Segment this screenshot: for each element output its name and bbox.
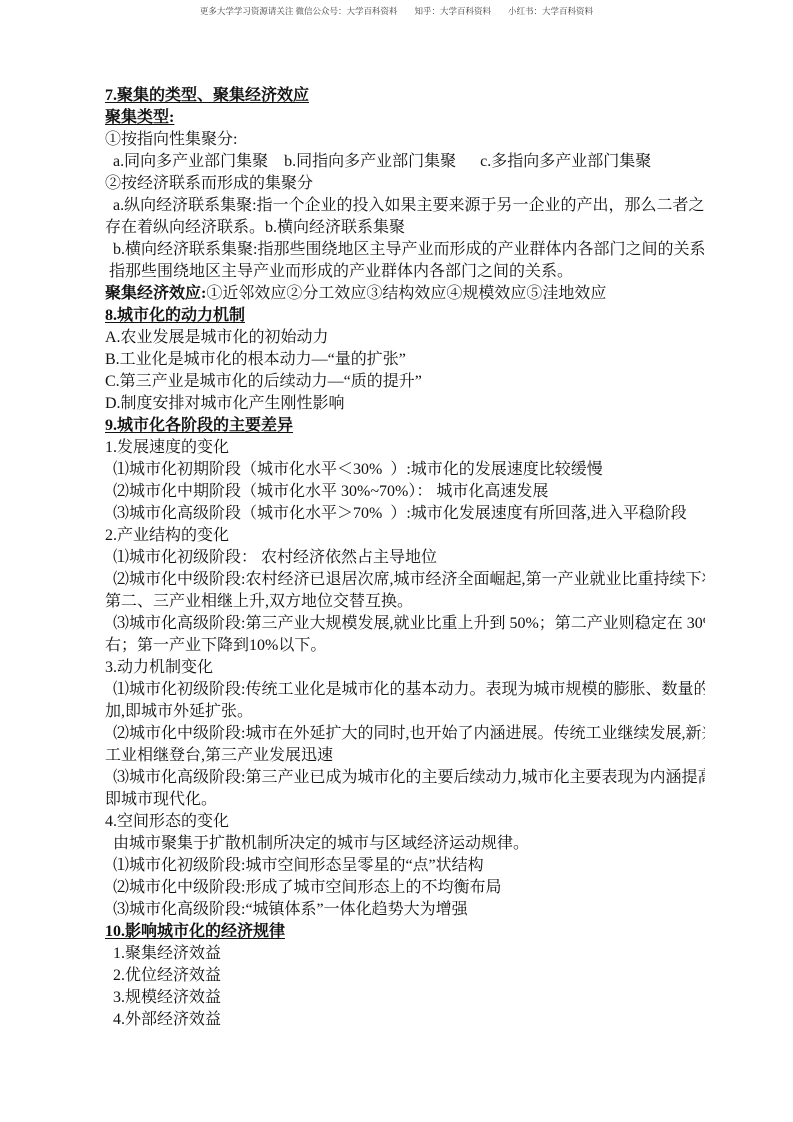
- text-line: A.农业发展是城市化的初始动力: [105, 327, 705, 349]
- text-line: 右；第一产业下降到10%以下。: [105, 635, 705, 657]
- text-line: 10.影响城市化的经济规律: [105, 921, 705, 943]
- text-line: ②按经济联系而形成的集聚分: [105, 173, 705, 195]
- heading-text: 聚集类型:: [105, 109, 174, 126]
- text-line: ⑴城市化初级阶段:传统工业化是城市化的基本动力。表现为城市规模的膨胀、数量的增: [105, 679, 705, 701]
- text-line: 1.发展速度的变化: [105, 437, 705, 459]
- body-text: ①近邻效应②分工效应③结构效应④规模效应⑤洼地效应: [206, 285, 606, 302]
- body-text: 工业相继登台,第三产业发展迅速: [105, 747, 333, 764]
- body-text: ⑶城市化高级阶段:第三产业已成为城市化的主要后续动力,城市化主要表现为内涵提高,: [105, 769, 705, 786]
- body-text: 1.聚集经济效益: [105, 945, 221, 962]
- text-line: ⑶城市化高级阶段（城市化水平＞70% ）:城市化发展速度有所回落,进入平稳阶段: [105, 503, 705, 525]
- body-text: 加,即城市外延扩张。: [105, 703, 253, 720]
- body-text: a.纵向经济联系集聚:指一个企业的投入如果主要来源于另一企业的产出，那么二者之间: [105, 197, 705, 214]
- body-text: ⑵城市化中期阶段（城市化水平 30%~70%）： 城市化高速发展: [105, 483, 548, 500]
- text-line: ⑵城市化中级阶段:形成了城市空间形态上的不均衡布局: [105, 877, 705, 899]
- text-line: ⑴城市化初期阶段（城市化水平＜30% ）:城市化的发展速度比较缓慢: [105, 459, 705, 481]
- text-line: 存在着纵向经济联系。b.横向经济联系集聚: [105, 217, 705, 239]
- text-line: ⑵城市化中级阶段:农村经济已退居次席,城市经济全面崛起,第一产业就业比重持续下将…: [105, 569, 705, 591]
- body-text: 1.发展速度的变化: [105, 439, 229, 456]
- body-text: 2.优位经济效益: [105, 967, 221, 984]
- text-line: 聚集类型:: [105, 107, 705, 129]
- body-text: 指那些围绕地区主导产业而形成的产业群体内各部门之间的关系。: [105, 263, 573, 280]
- text-line: ⑶城市化高级阶段:第三产业大规模发展,就业比重上升到 50%；第二产业则稳定在 …: [105, 613, 705, 635]
- heading-text: 聚集经济效应:: [105, 285, 206, 302]
- body-text: 存在着纵向经济联系。b.横向经济联系集聚: [105, 219, 405, 236]
- text-line: 聚集经济效应:①近邻效应②分工效应③结构效应④规模效应⑤洼地效应: [105, 283, 705, 305]
- text-line: ⑴城市化初级阶段： 农村经济依然占主导地位: [105, 547, 705, 569]
- body-text: ②按经济联系而形成的集聚分: [105, 175, 313, 192]
- body-text: ⑶城市化高级阶段（城市化水平＞70% ）:城市化发展速度有所回落,进入平稳阶段: [105, 505, 687, 522]
- body-text: 3.动力机制变化: [105, 659, 213, 676]
- body-text: ⑵城市化中级阶段:形成了城市空间形态上的不均衡布局: [105, 879, 501, 896]
- body-text: 即城市现代化。: [105, 791, 217, 808]
- text-line: b.横向经济联系集聚:指那些围绕地区主导产业而形成的产业群体内各部门之间的关系: [105, 239, 705, 261]
- body-text: C.第三产业是城市化的后续动力—“质的提升”: [105, 373, 422, 390]
- text-line: ①按指向性集聚分:: [105, 129, 705, 151]
- body-text: ①按指向性集聚分:: [105, 131, 237, 148]
- body-text: a.同向多产业部门集聚 b.同指向多产业部门集聚 c.多指向多产业部门集聚: [105, 153, 651, 170]
- body-text: A.农业发展是城市化的初始动力: [105, 329, 329, 346]
- text-line: ⑵城市化中级阶段:城市在外延扩大的同时,也开始了内涵进展。传统工业继续发展,新兴: [105, 723, 705, 745]
- text-line: 4.外部经济效益: [105, 1009, 705, 1031]
- text-line: 8.城市化的动力机制: [105, 305, 705, 327]
- heading-text: 7.聚集的类型、聚集经济效应: [105, 87, 309, 104]
- text-line: 2.优位经济效益: [105, 965, 705, 987]
- text-line: 加,即城市外延扩张。: [105, 701, 705, 723]
- body-text: 右；第一产业下降到10%以下。: [105, 637, 326, 654]
- text-line: ⑶城市化高级阶段:第三产业已成为城市化的主要后续动力,城市化主要表现为内涵提高,: [105, 767, 705, 789]
- text-line: 1.聚集经济效益: [105, 943, 705, 965]
- text-line: 3.规模经济效益: [105, 987, 705, 1009]
- body-text: ⑵城市化中级阶段:城市在外延扩大的同时,也开始了内涵进展。传统工业继续发展,新兴: [105, 725, 705, 742]
- text-line: 即城市现代化。: [105, 789, 705, 811]
- document-page: 更多大学学习资源请关注 微信公众号：大学百科资料 知乎：大学百科资料 小红书：大…: [0, 0, 793, 1122]
- text-line: a.同向多产业部门集聚 b.同指向多产业部门集聚 c.多指向多产业部门集聚: [105, 151, 705, 173]
- heading-text: 9.城市化各阶段的主要差异: [105, 417, 293, 434]
- body-text: b.横向经济联系集聚:指那些围绕地区主导产业而形成的产业群体内各部门之间的关系: [105, 241, 705, 258]
- text-line: C.第三产业是城市化的后续动力—“质的提升”: [105, 371, 705, 393]
- text-line: ⑵城市化中期阶段（城市化水平 30%~70%）： 城市化高速发展: [105, 481, 705, 503]
- text-line: 4.空间形态的变化: [105, 811, 705, 833]
- heading-text: 8.城市化的动力机制: [105, 307, 245, 324]
- body-text: 4.空间形态的变化: [105, 813, 229, 830]
- text-line: 第二、三产业相继上升,双方地位交替互换。: [105, 591, 705, 613]
- text-line: D.制度安排对城市化产生刚性影响: [105, 393, 705, 415]
- text-line: 指那些围绕地区主导产业而形成的产业群体内各部门之间的关系。: [105, 261, 705, 283]
- text-line: 9.城市化各阶段的主要差异: [105, 415, 705, 437]
- body-text: ⑴城市化初级阶段:传统工业化是城市化的基本动力。表现为城市规模的膨胀、数量的增: [105, 681, 705, 698]
- text-line: a.纵向经济联系集聚:指一个企业的投入如果主要来源于另一企业的产出，那么二者之间: [105, 195, 705, 217]
- text-line: ⑴城市化初级阶段:城市空间形态呈零星的“点”状结构: [105, 855, 705, 877]
- body-text: ⑶城市化高级阶段:“城镇体系”一体化趋势大为增强: [105, 901, 468, 918]
- text-line: 3.动力机制变化: [105, 657, 705, 679]
- document-content: 7.聚集的类型、聚集经济效应聚集类型:①按指向性集聚分: a.同向多产业部门集聚…: [105, 85, 705, 1031]
- body-text: 3.规模经济效益: [105, 989, 221, 1006]
- body-text: ⑴城市化初期阶段（城市化水平＜30% ）:城市化的发展速度比较缓慢: [105, 461, 603, 478]
- body-text: B.工业化是城市化的根本动力—“量的扩张”: [105, 351, 406, 368]
- text-line: ⑶城市化高级阶段:“城镇体系”一体化趋势大为增强: [105, 899, 705, 921]
- body-text: D.制度安排对城市化产生刚性影响: [105, 395, 345, 412]
- text-line: 7.聚集的类型、聚集经济效应: [105, 85, 705, 107]
- body-text: ⑵城市化中级阶段:农村经济已退居次席,城市经济全面崛起,第一产业就业比重持续下将…: [105, 571, 705, 588]
- body-text: 2.产业结构的变化: [105, 527, 229, 544]
- body-text: ⑶城市化高级阶段:第三产业大规模发展,就业比重上升到 50%；第二产业则稳定在 …: [105, 615, 705, 632]
- text-line: B.工业化是城市化的根本动力—“量的扩张”: [105, 349, 705, 371]
- body-text: ⑴城市化初级阶段:城市空间形态呈零星的“点”状结构: [105, 857, 484, 874]
- page-header-promo-text: 更多大学学习资源请关注 微信公众号：大学百科资料 知乎：大学百科资料 小红书：大…: [0, 6, 793, 17]
- body-text: 由城市聚集于扩散机制所决定的城市与区域经济运动规律。: [105, 835, 529, 852]
- body-text: 第二、三产业相继上升,双方地位交替互换。: [105, 593, 413, 610]
- text-line: 由城市聚集于扩散机制所决定的城市与区域经济运动规律。: [105, 833, 705, 855]
- heading-text: 10.影响城市化的经济规律: [105, 923, 285, 940]
- body-text: ⑴城市化初级阶段： 农村经济依然占主导地位: [105, 549, 437, 566]
- text-line: 2.产业结构的变化: [105, 525, 705, 547]
- text-line: 工业相继登台,第三产业发展迅速: [105, 745, 705, 767]
- body-text: 4.外部经济效益: [105, 1011, 221, 1028]
